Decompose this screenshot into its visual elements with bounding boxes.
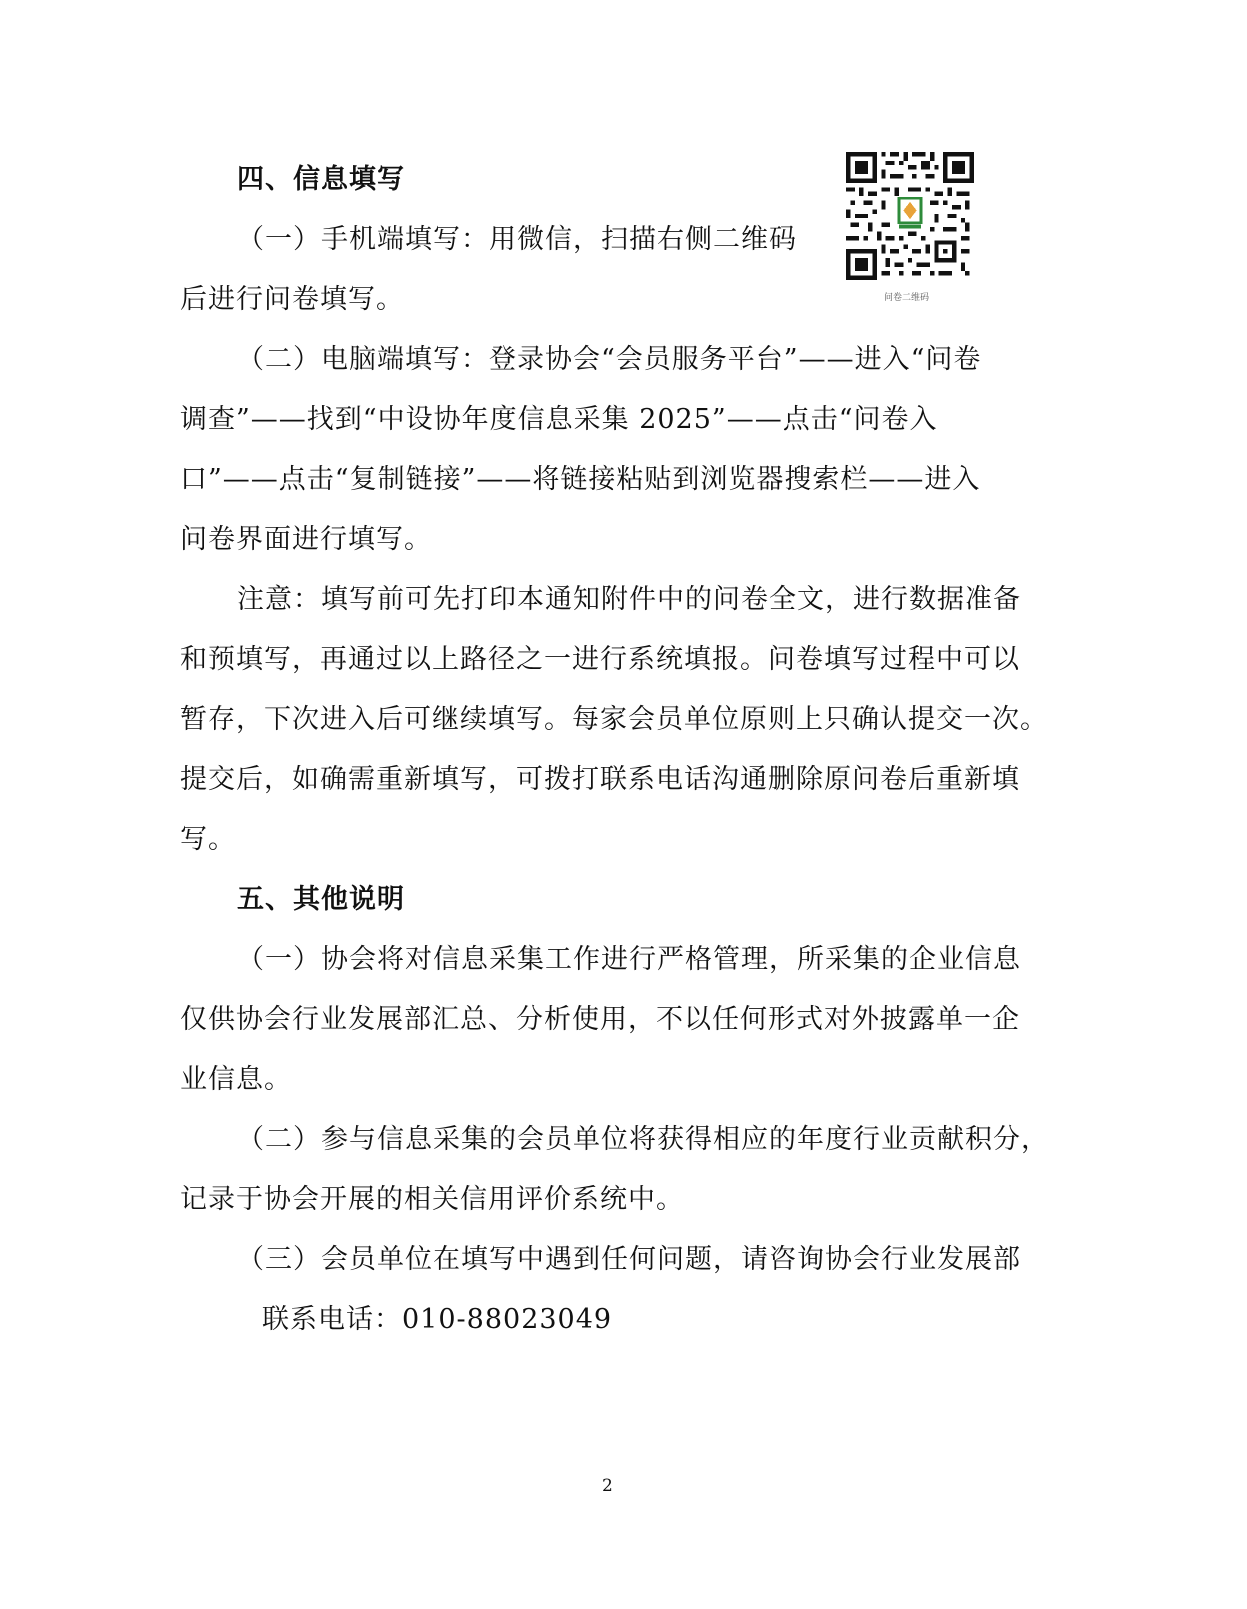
qr-code-icon xyxy=(846,152,974,280)
paragraph-pc-line2: 调查”——找到“中设协年度信息采集 2025”——点击“问卷入 xyxy=(180,403,938,437)
paragraph-note-line4: 提交后，如确需重新填写，可拨打联系电话沟通删除原问卷后重新填 xyxy=(180,763,1020,797)
paragraph-note-line5: 写。 xyxy=(180,823,236,857)
paragraph-note-line1: 注意：填写前可先打印本通知附件中的问卷全文，进行数据准备 xyxy=(237,583,1021,617)
page-number: 2 xyxy=(602,1476,613,1496)
paragraph-management-line2: 仅供协会行业发展部汇总、分析使用，不以任何形式对外披露单一企 xyxy=(180,1003,1020,1037)
paragraph-pc-line1: （二）电脑端填写：登录协会“会员服务平台”——进入“问卷 xyxy=(237,343,981,377)
paragraph-pc-line3: 口”——点击“复制链接”——将链接粘贴到浏览器搜索栏——进入 xyxy=(180,463,980,497)
paragraph-mobile-line1: （一）手机端填写：用微信，扫描右侧二维码 xyxy=(237,223,797,257)
paragraph-note-line3: 暂存，下次进入后可继续填写。每家会员单位原则上只确认提交一次。 xyxy=(180,703,1048,737)
qr-code-caption: 问卷二维码 xyxy=(884,290,929,303)
paragraph-note-line2: 和预填写，再通过以上路径之一进行系统填报。问卷填写过程中可以 xyxy=(180,643,1020,677)
contact-phone: 联系电话：010-88023049 xyxy=(262,1303,612,1337)
paragraph-management-line1: （一）协会将对信息采集工作进行严格管理，所采集的企业信息 xyxy=(237,943,1021,977)
paragraph-management-line3: 业信息。 xyxy=(180,1063,292,1097)
paragraph-mobile-line2: 后进行问卷填写。 xyxy=(180,283,404,317)
section-heading-other-notes: 五、其他说明 xyxy=(237,883,405,917)
paragraph-credit-line1: （二）参与信息采集的会员单位将获得相应的年度行业贡献积分， xyxy=(237,1123,1049,1157)
paragraph-credit-line2: 记录于协会开展的相关信用评价系统中。 xyxy=(180,1183,684,1217)
paragraph-contact-line1: （三）会员单位在填写中遇到任何问题，请咨询协会行业发展部 xyxy=(237,1243,1021,1277)
section-heading-info-filling: 四、信息填写 xyxy=(237,163,405,197)
paragraph-pc-line4: 问卷界面进行填写。 xyxy=(180,523,432,557)
